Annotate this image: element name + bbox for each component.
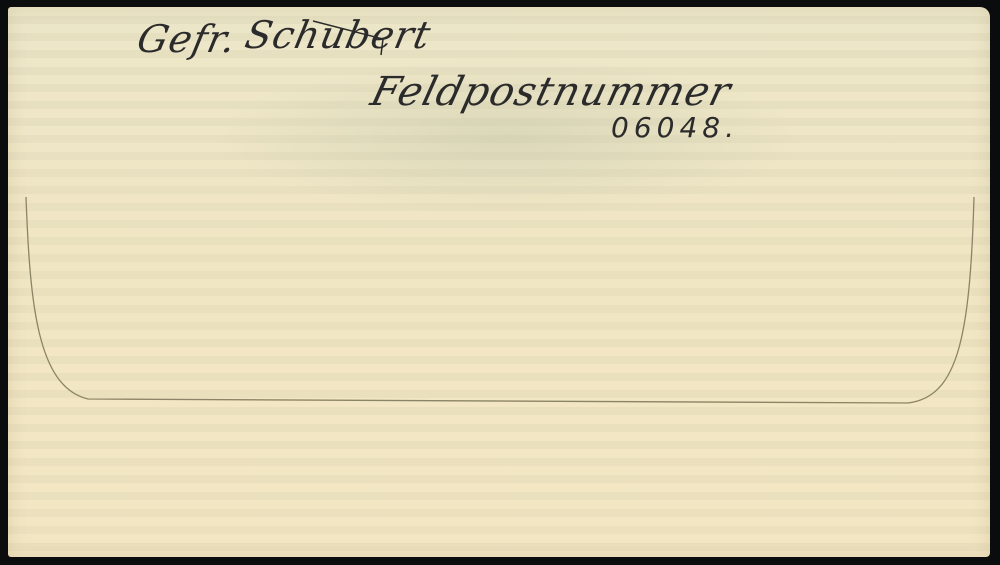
sender-rank: Gefr.	[133, 17, 240, 61]
envelope-back: Gefr. Schubert Feldpostnummer 06048.	[8, 7, 990, 557]
feldpost-label: Feldpostnummer	[366, 69, 736, 115]
feldpost-number: 06048.	[611, 111, 739, 144]
signature-flourish	[311, 17, 391, 57]
envelope-flap-outline	[8, 7, 990, 407]
